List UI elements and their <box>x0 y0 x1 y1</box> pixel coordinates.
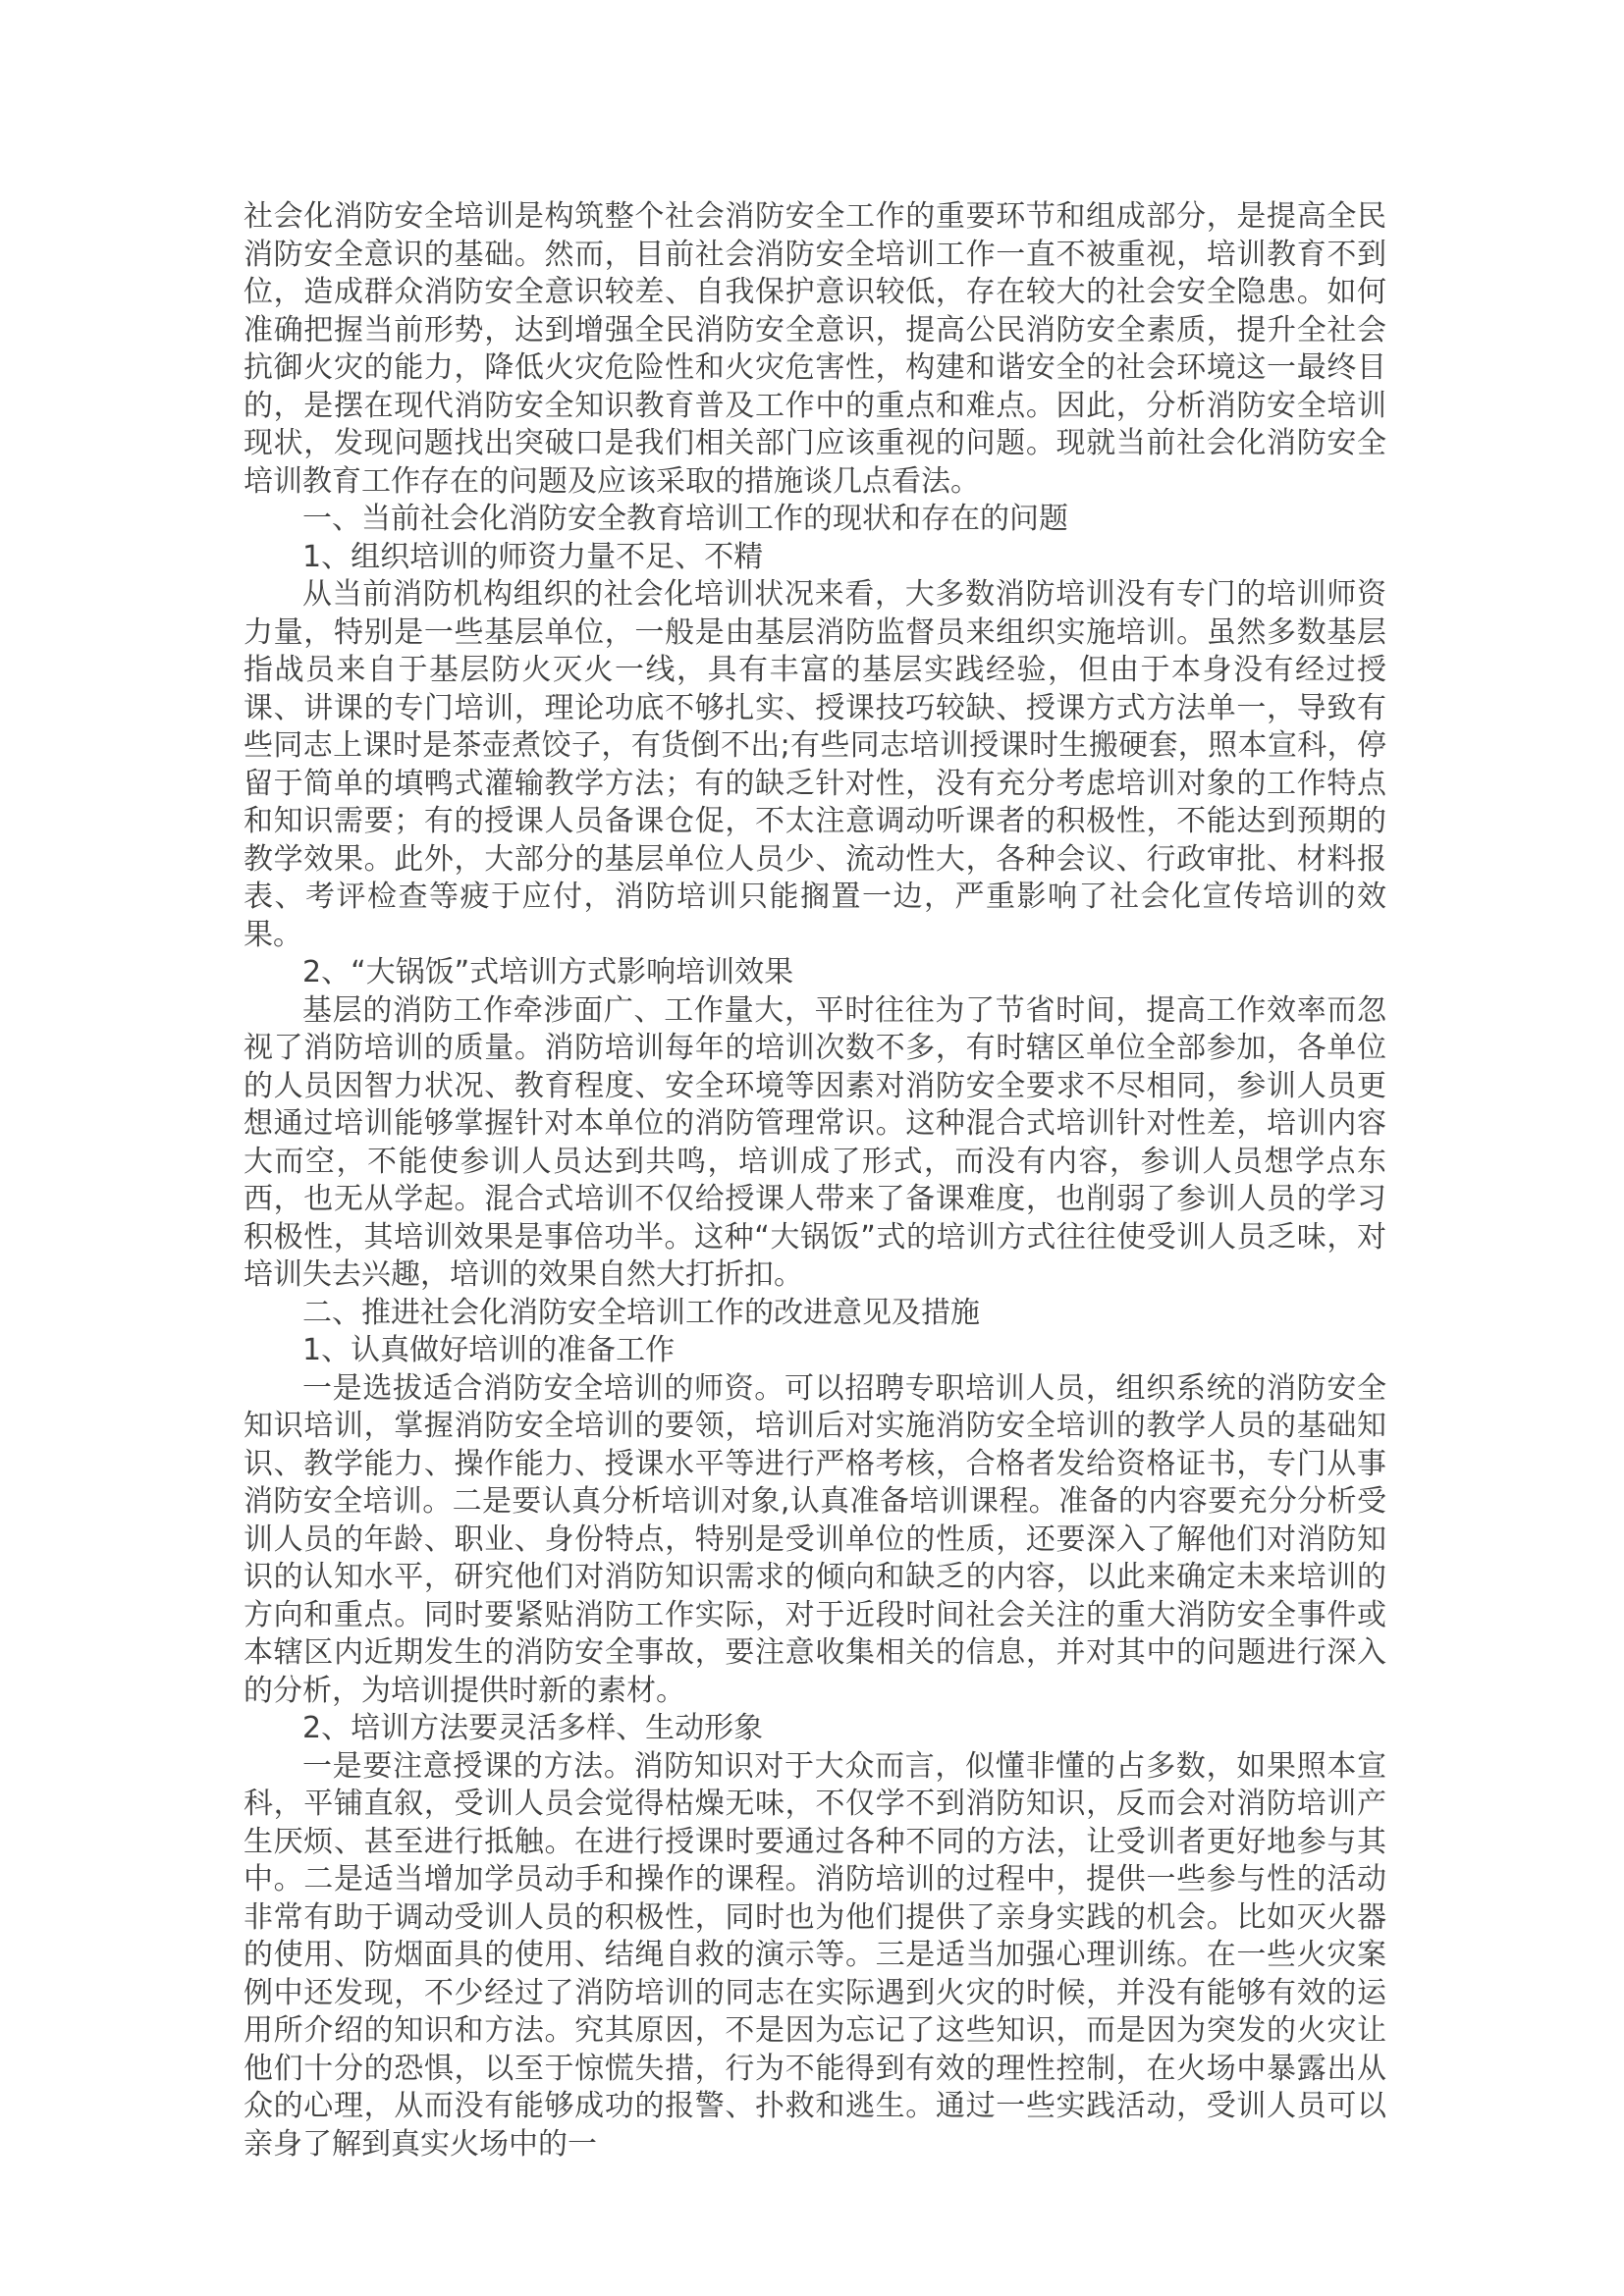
paragraph: 从当前消防机构组织的社会化培训状况来看，大多数消防培训没有专门的培训师资力量，特… <box>244 576 1386 954</box>
section-heading: 二、推进社会化消防安全培训工作的改进意见及措施 <box>244 1295 1386 1333</box>
section-heading: 2、“大锅饭”式培训方式影响培训效果 <box>244 954 1386 992</box>
document-body: 社会化消防安全培训是构筑整个社会消防安全工作的重要环节和组成部分，是提高全民消防… <box>244 198 1386 2163</box>
document-page: 社会化消防安全培训是构筑整个社会消防安全工作的重要环节和组成部分，是提高全民消防… <box>0 0 1624 2296</box>
section-heading: 2、培训方法要灵活多样、生动形象 <box>244 1710 1386 1748</box>
section-heading: 一、当前社会化消防安全教育培训工作的现状和存在的问题 <box>244 501 1386 539</box>
section-heading: 1、组织培训的师资力量不足、不精 <box>244 539 1386 577</box>
paragraph: 一是要注意授课的方法。消防知识对于大众而言，似懂非懂的占多数，如果照本宣科，平铺… <box>244 1748 1386 2164</box>
paragraph: 社会化消防安全培训是构筑整个社会消防安全工作的重要环节和组成部分，是提高全民消防… <box>244 198 1386 501</box>
paragraph: 基层的消防工作牵涉面广、工作量大，平时往往为了节省时间，提高工作效率而忽视了消防… <box>244 992 1386 1295</box>
section-heading: 1、认真做好培训的准备工作 <box>244 1332 1386 1370</box>
paragraph: 一是选拔适合消防安全培训的师资。可以招聘专职培训人员，组织系统的消防安全知识培训… <box>244 1370 1386 1711</box>
